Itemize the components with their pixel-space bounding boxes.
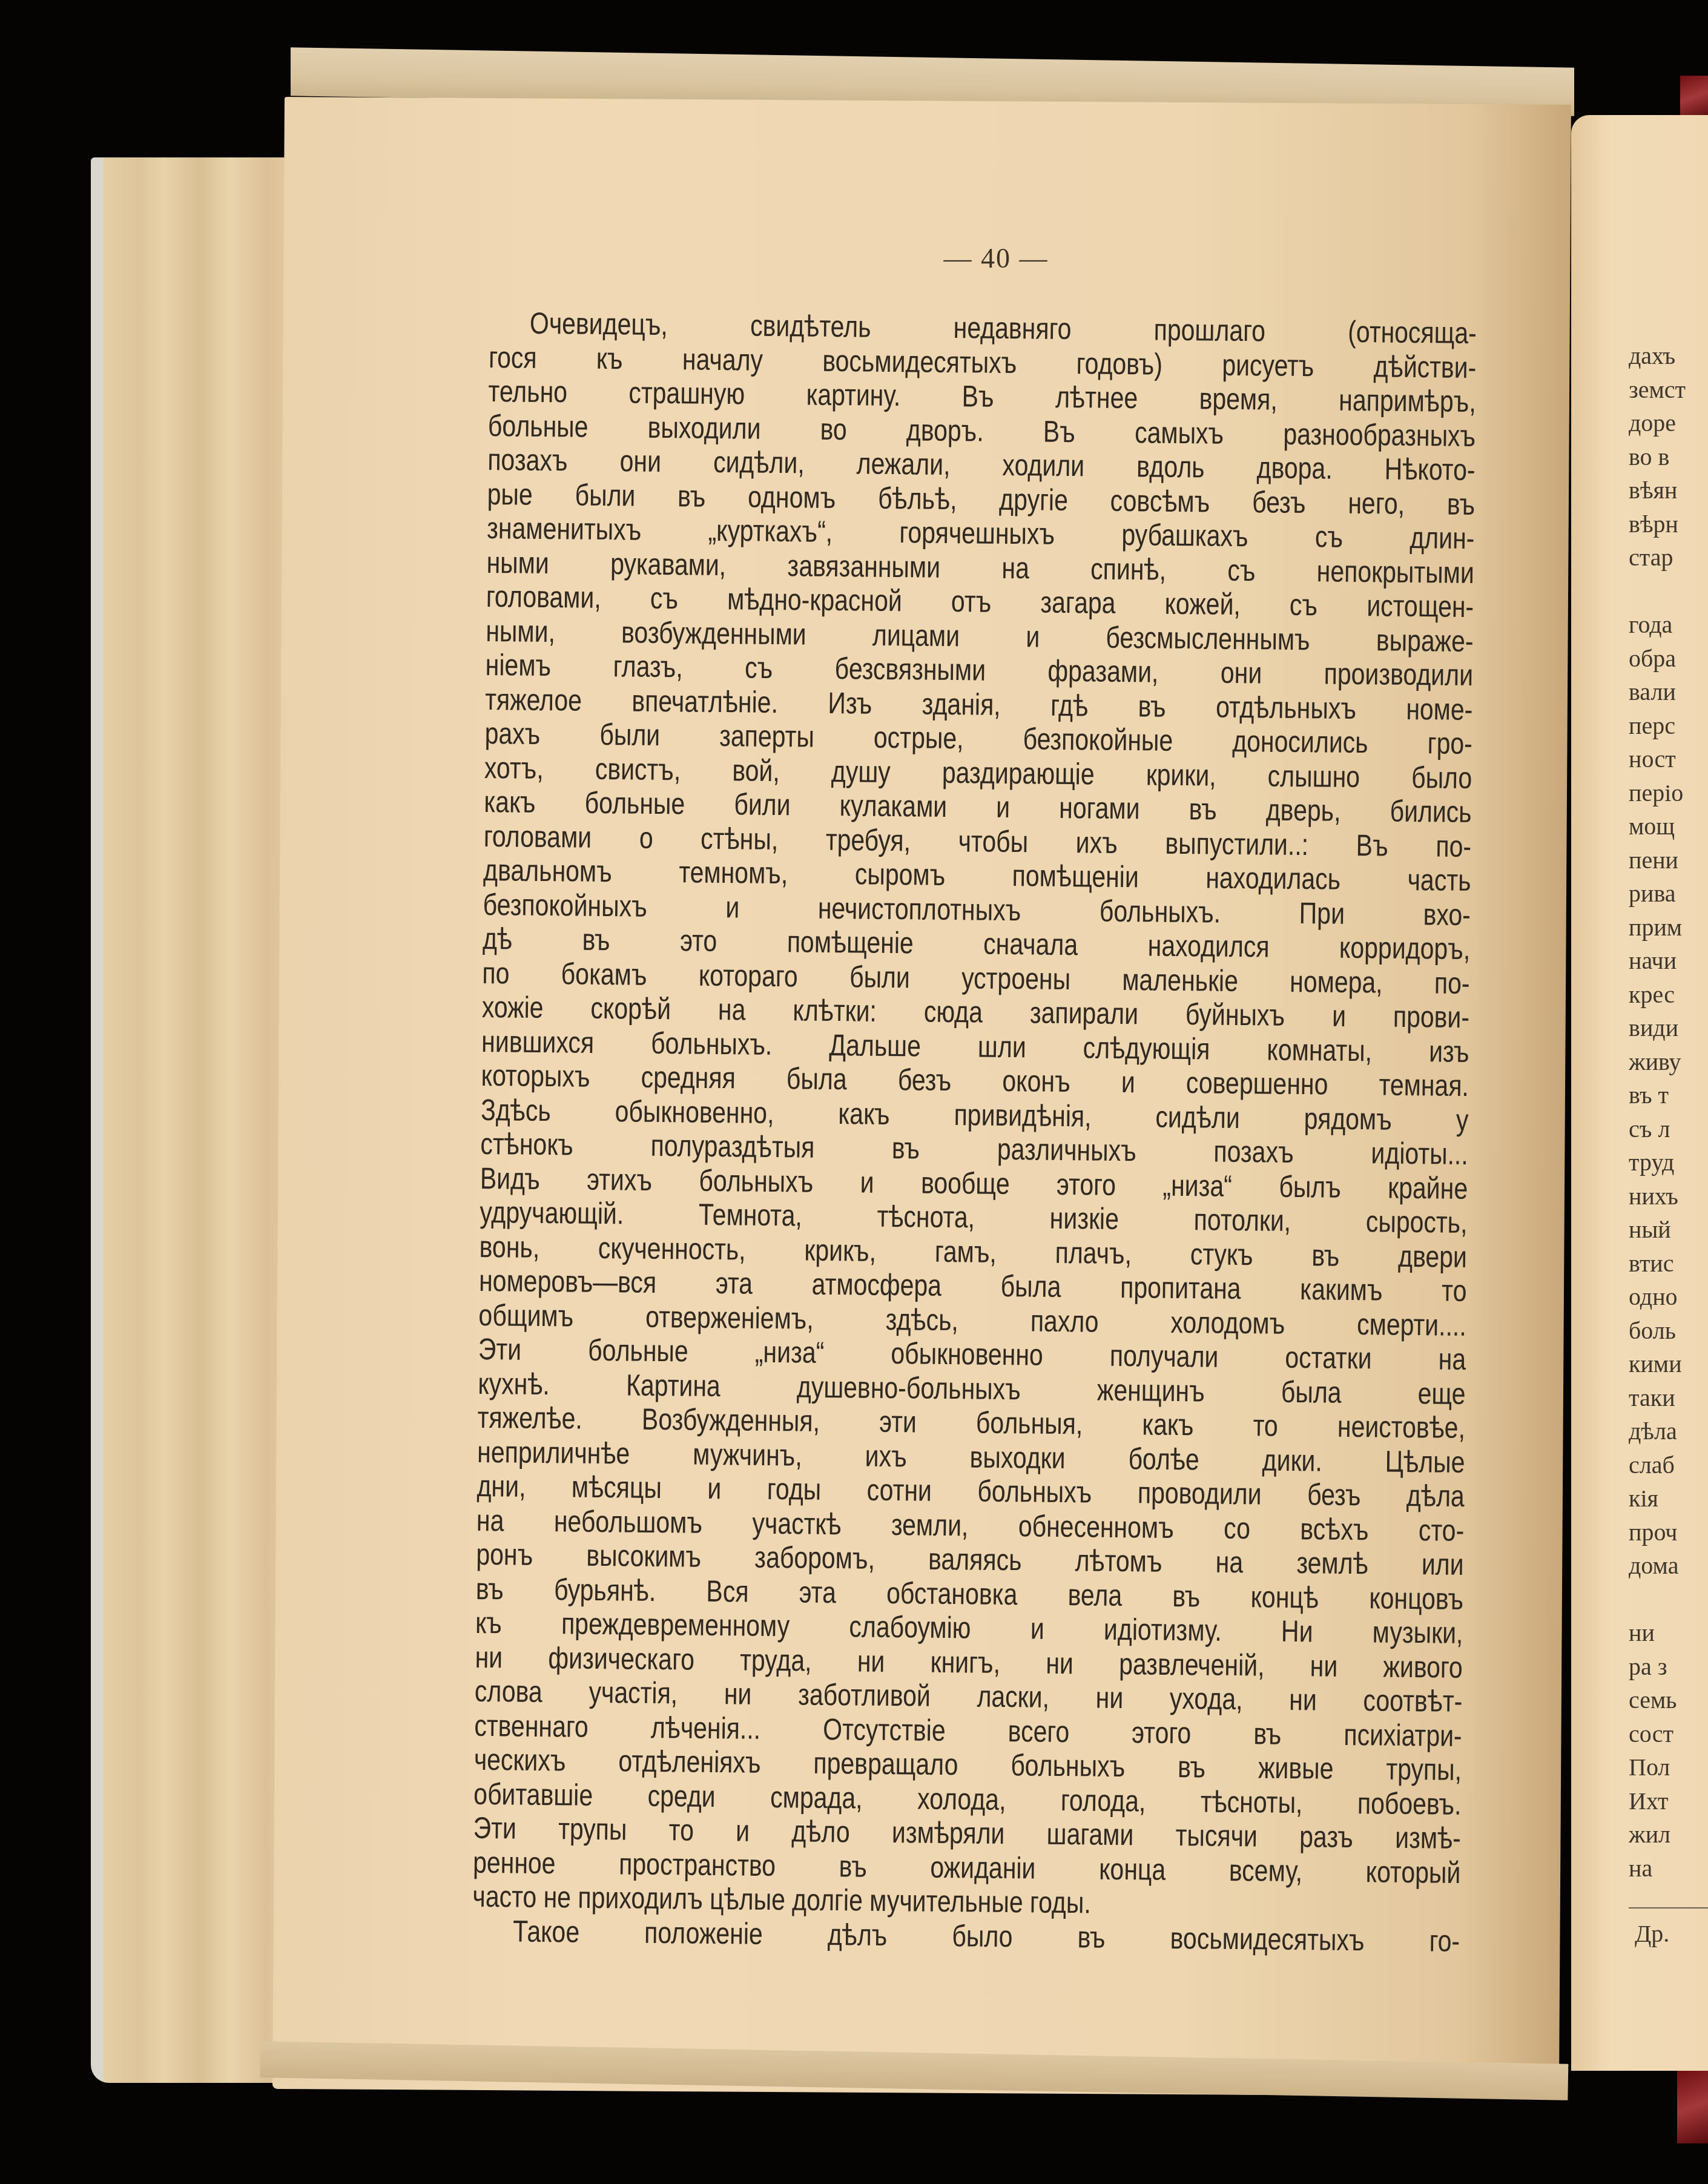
facing-text-line: проч <box>1629 1516 1708 1549</box>
facing-page-footnote: Др. <box>1635 1919 1669 1948</box>
facing-text-line: начи <box>1629 944 1708 978</box>
facing-text-line: періо <box>1629 776 1708 810</box>
facing-text-line: года <box>1629 608 1708 642</box>
paragraph-gap <box>1629 575 1708 609</box>
facing-text-line: одно <box>1629 1280 1708 1314</box>
facing-text-line: жил <box>1629 1818 1708 1852</box>
facing-text-line: нихъ <box>1629 1179 1708 1213</box>
facing-text-line: пени <box>1629 843 1708 877</box>
facing-text-line: вѣрн <box>1629 507 1708 541</box>
facing-text-line: вѣян <box>1629 473 1708 507</box>
facing-text-line: Ихт <box>1629 1784 1708 1818</box>
facing-text-line: ный <box>1629 1213 1708 1247</box>
paragraph-gap <box>1629 1583 1708 1617</box>
footnote-rule <box>1629 1907 1708 1909</box>
facing-text-line: на <box>1629 1852 1708 1885</box>
facing-text-line: дахъ <box>1629 339 1708 373</box>
facing-text-line: види <box>1629 1011 1708 1045</box>
facing-text-line: сост <box>1629 1717 1708 1751</box>
facing-text-line: Пол <box>1629 1750 1708 1784</box>
facing-text-line: доре <box>1629 406 1708 440</box>
bookmark-ribbon <box>1680 76 1708 118</box>
facing-text-line: кія <box>1629 1482 1708 1516</box>
facing-text-line: стар <box>1629 541 1708 575</box>
facing-text-line: въ т <box>1629 1078 1708 1112</box>
facing-text-line: таки <box>1629 1381 1708 1415</box>
facing-text-line: земст <box>1629 373 1708 407</box>
facing-text-line: крес <box>1629 978 1708 1012</box>
page-number: — 40 — <box>923 242 1069 274</box>
facing-text-line: семь <box>1629 1683 1708 1717</box>
facing-text-line: дѣла <box>1629 1414 1708 1448</box>
facing-text-line: вали <box>1629 675 1708 709</box>
facing-text-line: ност <box>1629 742 1708 776</box>
facing-text-line: ра з <box>1629 1650 1708 1684</box>
page-body-text: Очевидецъ, свидѣтель недавняго прошлаго … <box>472 306 1477 1958</box>
facing-text-line: мощ <box>1629 810 1708 843</box>
facing-text-line: прим <box>1629 911 1708 945</box>
facing-text-line: перс <box>1629 709 1708 743</box>
facing-text-line: живу <box>1629 1045 1708 1079</box>
facing-text-line: дома <box>1629 1549 1708 1583</box>
facing-text-line: обра <box>1629 642 1708 676</box>
facing-text-line: боль <box>1629 1314 1708 1348</box>
facing-text-line: кими <box>1629 1347 1708 1381</box>
facing-text-line: съ л <box>1629 1112 1708 1146</box>
facing-text-line: ни <box>1629 1616 1708 1650</box>
facing-page-text: дахъземстдорево ввѣянвѣрнстаргодаобравал… <box>1629 339 1708 1885</box>
facing-text-line: во в <box>1629 440 1708 474</box>
facing-text-line: втис <box>1629 1247 1708 1281</box>
bookmark-ribbon-bottom <box>1677 2071 1708 2143</box>
facing-text-line: труд <box>1629 1146 1708 1179</box>
facing-text-line: рива <box>1629 877 1708 911</box>
facing-text-line: слаб <box>1629 1448 1708 1482</box>
